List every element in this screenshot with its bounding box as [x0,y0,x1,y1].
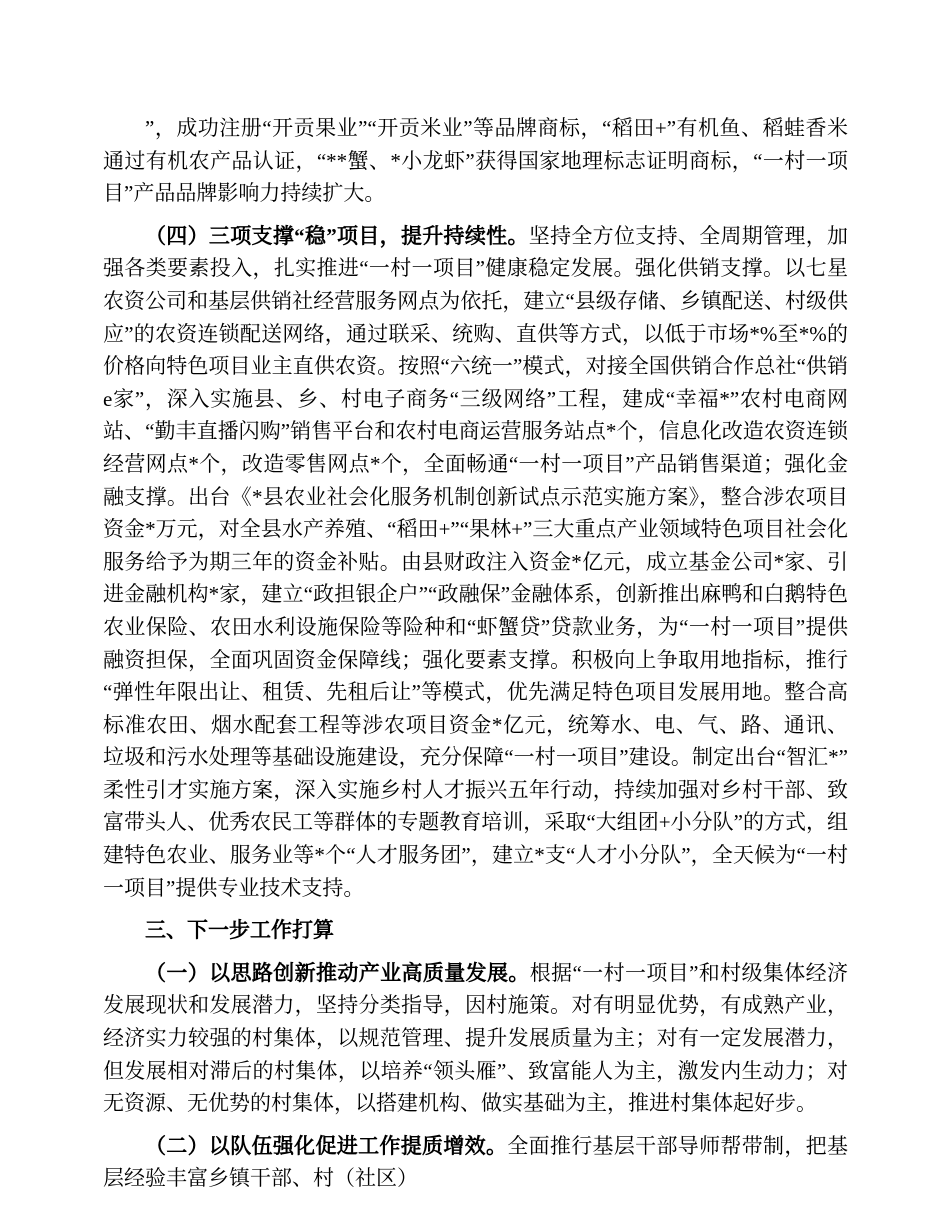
paragraph-lead-bold: （二）以队伍强化促进工作提质增效。 [145,1134,507,1158]
paragraph-text: ”，成功注册“开贡果业”“开贡米业”等品牌商标，“稻田+”有机鱼、稻蛙香米通过有… [103,116,848,205]
paragraph-lead-bold: （一）以思路创新推动产业高质量发展。 [145,961,530,985]
paragraph-lead-bold: 三、下一步工作打算 [145,918,334,942]
paragraph-text: 坚持全方位支持、全周期管理，加强各类要素投入，扎实推进“一村一项目”健康稳定发展… [103,224,848,900]
document-page: ”，成功注册“开贡果业”“开贡米业”等品牌商标，“稻田+”有机鱼、稻蛙香米通过有… [0,0,950,1230]
paragraph-brand-trademarks: ”，成功注册“开贡果业”“开贡米业”等品牌商标，“稻田+”有机鱼、稻蛙香米通过有… [103,112,848,210]
paragraph-lead-bold: （四）三项支撑“稳”项目，提升持续性。 [145,224,529,248]
paragraph-three-supports: （四）三项支撑“稳”项目，提升持续性。坚持全方位支持、全周期管理，加强各类要素投… [103,220,848,904]
paragraph-team-strengthening: （二）以队伍强化促进工作提质增效。全面推行基层干部导师帮带制，把基层经验丰富乡镇… [103,1130,848,1195]
document-body: ”，成功注册“开贡果业”“开贡米业”等品牌商标，“稻田+”有机鱼、稻蛙香米通过有… [103,112,848,1195]
paragraph-innovation-development: （一）以思路创新推动产业高质量发展。根据“一村一项目”和村级集体经济发展现状和发… [103,957,848,1120]
section-heading-next-steps: 三、下一步工作打算 [103,914,848,947]
